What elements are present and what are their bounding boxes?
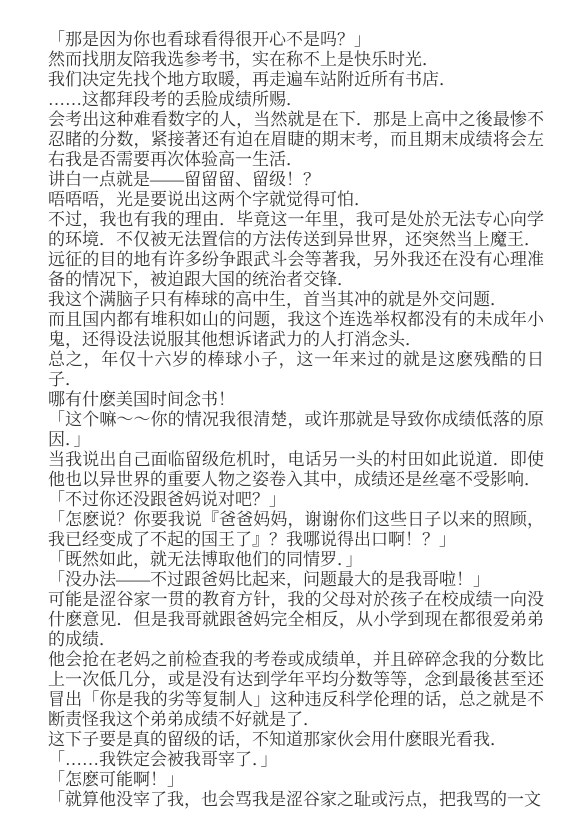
paragraph: ……这都拜段考的丢脸成绩所赐．	[48, 90, 544, 110]
paragraph: 唔唔唔，光是要说出这两个字就觉得可怕．	[48, 190, 544, 210]
paragraph: 然而找朋友陪我选参考书，实在称不上是快乐时光．	[48, 50, 544, 70]
paragraph: 「那是因为你也看球看得很开心不是吗？」	[48, 30, 544, 50]
paragraph: 「怎麽可能啊！」	[48, 770, 544, 790]
paragraph: 这下子要是真的留级的话，不知道那家伙会用什麽眼光看我．	[48, 730, 544, 750]
paragraph: 「怎麽说？你要我说『爸爸妈妈，谢谢你们这些日子以来的照顾，我已经变成了不起的国王…	[48, 510, 544, 550]
paragraph: 会考出这种难看数字的人，当然就是在下．那是上高中之後最惨不忍睹的分数，紧接著还有…	[48, 110, 544, 170]
page-text-block: 「那是因为你也看球看得很开心不是吗？」然而找朋友陪我选参考书，实在称不上是快乐时…	[48, 30, 544, 810]
paragraph: 而且国内都有堆积如山的问题，我这个连选举权都没有的未成年小鬼，还得设法说服其他想…	[48, 310, 544, 350]
paragraph: 当我说出自己面临留级危机时，电话另一头的村田如此说道．即使他也以异世界的重要人物…	[48, 450, 544, 490]
paragraph: 他会抢在老妈之前检查我的考卷或成绩单，并且碎碎念我的分数比上一次低几分，或是没有…	[48, 650, 544, 730]
paragraph: 不过，我也有我的理由．毕竟这一年里，我可是处於无法专心向学的环境．不仅被无法置信…	[48, 210, 544, 250]
paragraph: 讲白一点就是——留留留、留级！？	[48, 170, 544, 190]
paragraph: 我们决定先找个地方取暖，再走遍车站附近所有书店．	[48, 70, 544, 90]
paragraph: 「不过你还没跟爸妈说对吧？」	[48, 490, 544, 510]
book-page: 「那是因为你也看球看得很开心不是吗？」然而找朋友陪我选参考书，实在称不上是快乐时…	[0, 0, 583, 828]
paragraph: 「就算他没宰了我，也会骂我是涩谷家之耻或污点，把我骂的一文	[48, 790, 544, 810]
paragraph: 总之，年仅十六岁的棒球小子，这一年来过的就是这麽残酷的日子．	[48, 350, 544, 390]
paragraph: 可能是涩谷家一贯的教育方针，我的父母对於孩子在校成绩一向没什麽意见．但是我哥就跟…	[48, 590, 544, 650]
paragraph: 远征的目的地有许多纷争跟武斗会等著我，另外我还在没有心理准备的情况下，被迫跟大国…	[48, 250, 544, 290]
paragraph: 哪有什麽美国时间念书！	[48, 390, 544, 410]
paragraph: 我这个满脑子只有棒球的高中生，首当其冲的就是外交问题．	[48, 290, 544, 310]
paragraph: 「……我铁定会被我哥宰了．」	[48, 750, 544, 770]
paragraph: 「既然如此，就无法博取他们的同情罗．」	[48, 550, 544, 570]
paragraph: 「没办法——不过跟爸妈比起来，问题最大的是我哥啦！」	[48, 570, 544, 590]
paragraph: 「这个嘛～～你的情况我很清楚，或许那就是导致你成绩低落的原因．」	[48, 410, 544, 450]
